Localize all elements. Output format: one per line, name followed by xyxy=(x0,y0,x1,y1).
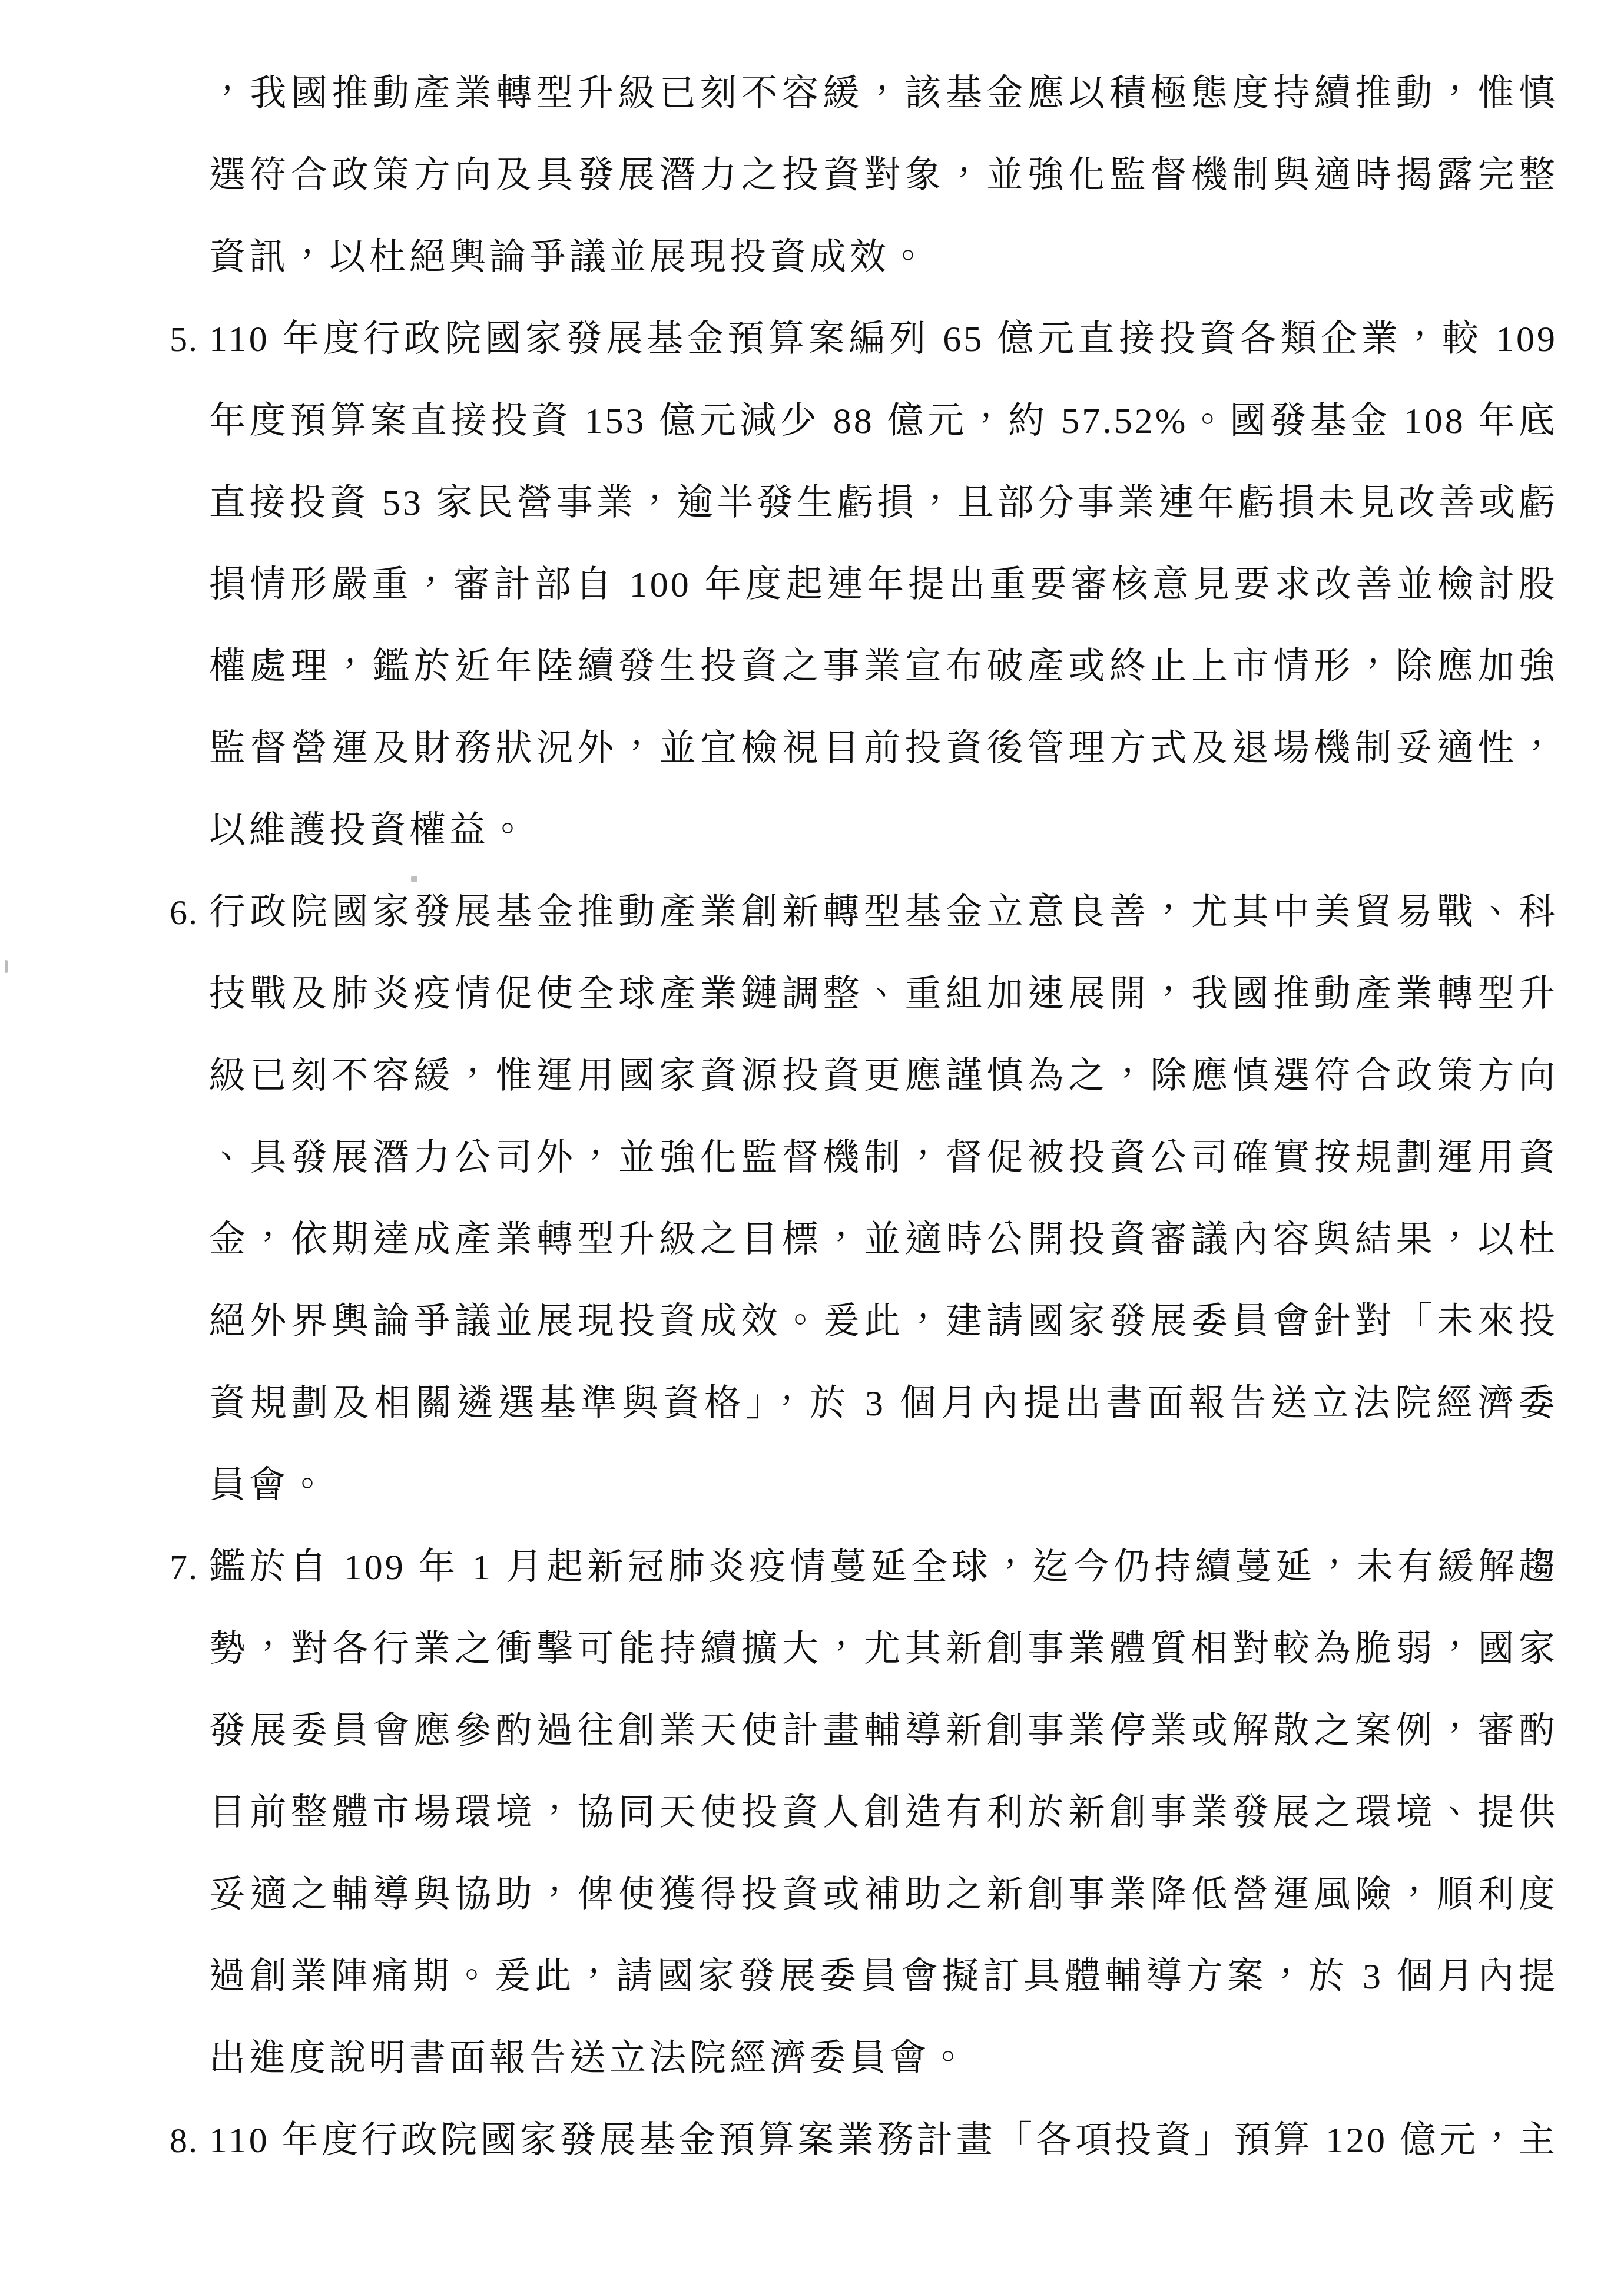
text-line: 勢，對各行業之衝擊可能持續擴大，尤其新創事業體質相對較為脆弱，國家 xyxy=(209,1609,1557,1690)
text-line: 選符合政策方向及具發展潛力之投資對象，並強化監督機制與適時揭露完整 xyxy=(209,135,1557,217)
list-item-line: 8.110 年度行政院國家發展基金預算案業務計畫「各項投資」預算 120 億元，… xyxy=(209,2100,1557,2182)
text-line: 直接投資 53 家民營事業，逾半發生虧損，且部分事業連年虧損未見改善或虧 xyxy=(209,462,1557,544)
text-line: 監督營運及財務狀況外，並宜檢視目前投資後管理方式及退場機制妥適性， xyxy=(209,708,1557,790)
text-line: 目前整體市場環境，協同天使投資人創造有利於新創事業發展之環境、提供 xyxy=(209,1772,1557,1854)
text-line: 技戰及肺炎疫情促使全球產業鏈調整、重組加速展開，我國推動產業轉型升 xyxy=(209,954,1557,1035)
text-line: 資規劃及相關遴選基準與資格」，於 3 個月內提出書面報告送立法院經濟委 xyxy=(209,1363,1557,1445)
text-line: 出進度說明書面報告送立法院經濟委員會。 xyxy=(209,2018,1557,2100)
list-item-line: 6.行政院國家發展基金推動產業創新轉型基金立意良善，尤其中美貿易戰、科 xyxy=(209,872,1557,954)
list-item-line: 7.鑑於自 109 年 1 月起新冠肺炎疫情蔓延全球，迄今仍持續蔓延，未有緩解趨 xyxy=(209,1527,1557,1609)
item-number: 7. xyxy=(170,1527,198,1609)
text-line: 級已刻不容緩，惟運用國家資源投資更應謹慎為之，除應慎選符合政策方向 xyxy=(209,1035,1557,1117)
text-line: 資訊，以杜絕輿論爭議並展現投資成效。 xyxy=(209,217,1557,299)
item-number: 5. xyxy=(170,299,198,380)
document-text-block: ，我國推動產業轉型升級已刻不容緩，該基金應以積極態度持續推動，惟慎 選符合政策方… xyxy=(209,53,1557,2182)
scan-artifact xyxy=(411,876,417,882)
document-page: ，我國推動產業轉型升級已刻不容緩，該基金應以積極態度持續推動，惟慎 選符合政策方… xyxy=(0,0,1624,2280)
scan-artifact xyxy=(5,960,8,973)
text-line: 損情形嚴重，審計部自 100 年度起連年提出重要審核意見要求改善並檢討股 xyxy=(209,544,1557,626)
text-line: 絕外界輿論爭議並展現投資成效。爰此，建請國家發展委員會針對「未來投 xyxy=(209,1281,1557,1363)
text-line: 行政院國家發展基金推動產業創新轉型基金立意良善，尤其中美貿易戰、科 xyxy=(209,892,1557,932)
text-line: 110 年度行政院國家發展基金預算案編列 65 億元直接投資各類企業，較 109 xyxy=(209,319,1557,359)
item-number: 8. xyxy=(170,2100,198,2182)
text-line: 以維護投資權益。 xyxy=(209,790,1557,872)
text-line: 鑑於自 109 年 1 月起新冠肺炎疫情蔓延全球，迄今仍持續蔓延，未有緩解趨 xyxy=(209,1547,1557,1587)
text-line: 權處理，鑑於近年陸續發生投資之事業宣布破產或終止上市情形，除應加強 xyxy=(209,626,1557,708)
text-line: 金，依期達成產業轉型升級之目標，並適時公開投資審議內容與結果，以杜 xyxy=(209,1199,1557,1281)
item-number: 6. xyxy=(170,872,198,954)
text-line: 過創業陣痛期。爰此，請國家發展委員會擬訂具體輔導方案，於 3 個月內提 xyxy=(209,1936,1557,2018)
text-line: 妥適之輔導與協助，俾使獲得投資或補助之新創事業降低營運風險，順利度 xyxy=(209,1854,1557,1936)
list-item-line: 5.110 年度行政院國家發展基金預算案編列 65 億元直接投資各類企業，較 1… xyxy=(209,299,1557,380)
text-line: 年度預算案直接投資 153 億元減少 88 億元，約 57.52%。國發基金 1… xyxy=(209,380,1557,462)
text-line: 110 年度行政院國家發展基金預算案業務計畫「各項投資」預算 120 億元，主 xyxy=(209,2120,1557,2160)
text-line: ，我國推動產業轉型升級已刻不容緩，該基金應以積極態度持續推動，惟慎 xyxy=(209,53,1557,135)
text-line: 、具發展潛力公司外，並強化監督機制，督促被投資公司確實按規劃運用資 xyxy=(209,1117,1557,1199)
text-line: 員會。 xyxy=(209,1445,1557,1527)
text-line: 發展委員會應參酌過往創業天使計畫輔導新創事業停業或解散之案例，審酌 xyxy=(209,1690,1557,1772)
